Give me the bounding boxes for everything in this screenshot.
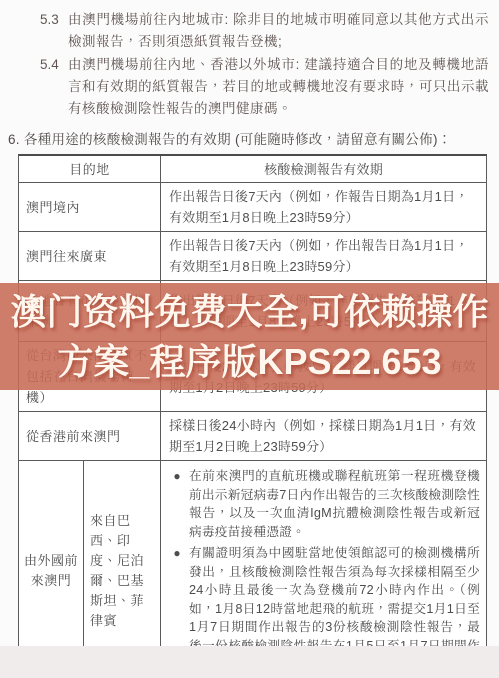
- bullet-marker-icon: ●: [165, 467, 189, 541]
- item-number: 5.4: [40, 54, 68, 120]
- item-5-4: 5.4 由澳門機場前往內地、香港以外城市: 建議持適合目的地及轉機地語言和有效期…: [40, 54, 489, 120]
- watermark-banner: 澳门资料免费大全,可依赖操作 方案_程序版KPS22.653: [0, 283, 499, 390]
- section-6-heading: 6. 各種用途的核酸檢測報告的有效期 (可能隨時修改，請留意有關公佈)：: [8, 129, 499, 151]
- validity-table: 目的地 核酸檢測報告有效期 澳門境內 作出報告日後7天內（例如，作報告日期為1月…: [18, 154, 487, 678]
- validity-text: 作出報告日後7天內（例如，作出報告日為1月1日，有效期至1月8日晚上23時59分…: [169, 235, 478, 277]
- watermark-line-2: 方案_程序版KPS22.653: [57, 337, 441, 387]
- footer-band: [0, 646, 499, 678]
- item-5-3: 5.3 由澳門機場前往內地城市: 除非目的地城市明確同意以其他方式出示檢測報告，…: [40, 9, 489, 53]
- validity-text: 採樣日後24小時內（例如，採樣日期為1月1日，有效期至1月2日晚上23時59分）: [169, 415, 478, 457]
- validity-cell: 採樣日後24小時內（例如，採樣日期為1月1日，有效期至1月2日晚上23時59分）: [161, 412, 486, 460]
- destination-cell: 從香港前來澳門: [19, 412, 161, 460]
- top-paragraphs: 5.3 由澳門機場前往內地城市: 除非目的地城市明確同意以其他方式出示檢測報告，…: [0, 0, 499, 120]
- table-header-destination: 目的地: [19, 156, 161, 182]
- watermark-line-1: 澳门资料免费大全,可依赖操作: [10, 287, 488, 337]
- document-page: { "top_items": [ { "num": "5.3", "text":…: [0, 0, 499, 678]
- bullet-text: 在前來澳門的直航班機或聯程航班第一程班機登機前出示新冠病毒7日內作出報告的三次核…: [189, 467, 480, 541]
- bullet-item: ● 在前來澳門的直航班機或聯程航班第一程班機登機前出示新冠病毒7日內作出報告的三…: [165, 467, 480, 541]
- table-header-row: 目的地 核酸檢測報告有效期: [19, 156, 486, 182]
- destination-cell: 澳門往來廣東: [19, 232, 161, 280]
- validity-cell: 作出報告日後7天內（例如，作報告日期為1月1日，有效期至1月8日晚上23時59分…: [161, 183, 486, 231]
- table-header-validity: 核酸檢測報告有效期: [161, 156, 486, 182]
- validity-cell: 作出報告日後7天內（例如，作出報告日為1月1日，有效期至1月8日晚上23時59分…: [161, 232, 486, 280]
- table-row-macau-local: 澳門境內 作出報告日後7天內（例如，作報告日期為1月1日，有效期至1月8日晚上2…: [19, 182, 486, 231]
- table-row-macau-guangdong: 澳門往來廣東 作出報告日後7天內（例如，作出報告日為1月1日，有效期至1月8日晚…: [19, 231, 486, 280]
- item-number: 5.3: [40, 9, 68, 53]
- validity-text: 作出報告日後7天內（例如，作報告日期為1月1日，有效期至1月8日晚上23時59分…: [169, 186, 478, 228]
- item-text: 由澳門機場前往內地、香港以外城市: 建議持適合目的地及轉機地語言和有效期的紙質報…: [68, 54, 489, 120]
- destination-cell: 澳門境內: [19, 183, 161, 231]
- table-header-validity-label: 核酸檢測報告有效期: [167, 159, 480, 180]
- table-row-hongkong: 從香港前來澳門 採樣日後24小時內（例如，採樣日期為1月1日，有效期至1月2日晚…: [19, 411, 486, 460]
- item-text: 由澳門機場前往內地城市: 除非目的地城市明確同意以其他方式出示檢測報告，否則須憑…: [68, 9, 489, 53]
